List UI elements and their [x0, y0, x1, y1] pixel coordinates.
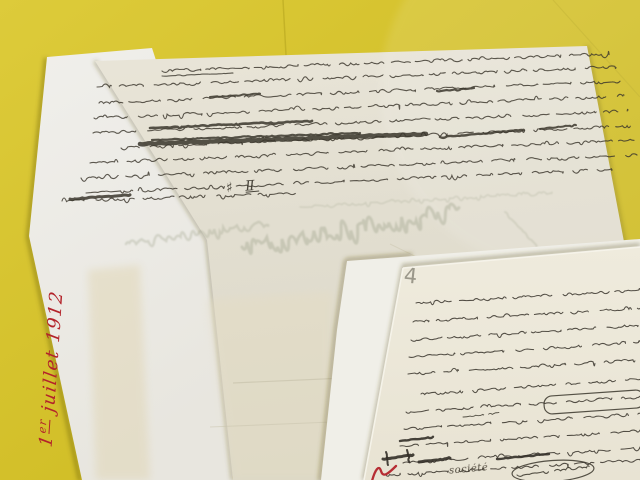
manuscript-photo: 1er juillet 1912 4 ♯ Ⅱ société — [0, 0, 640, 480]
scene-canvas — [0, 0, 640, 480]
sheet-c-manuscript — [364, 247, 640, 480]
sheet-a-tan-band — [88, 265, 150, 480]
